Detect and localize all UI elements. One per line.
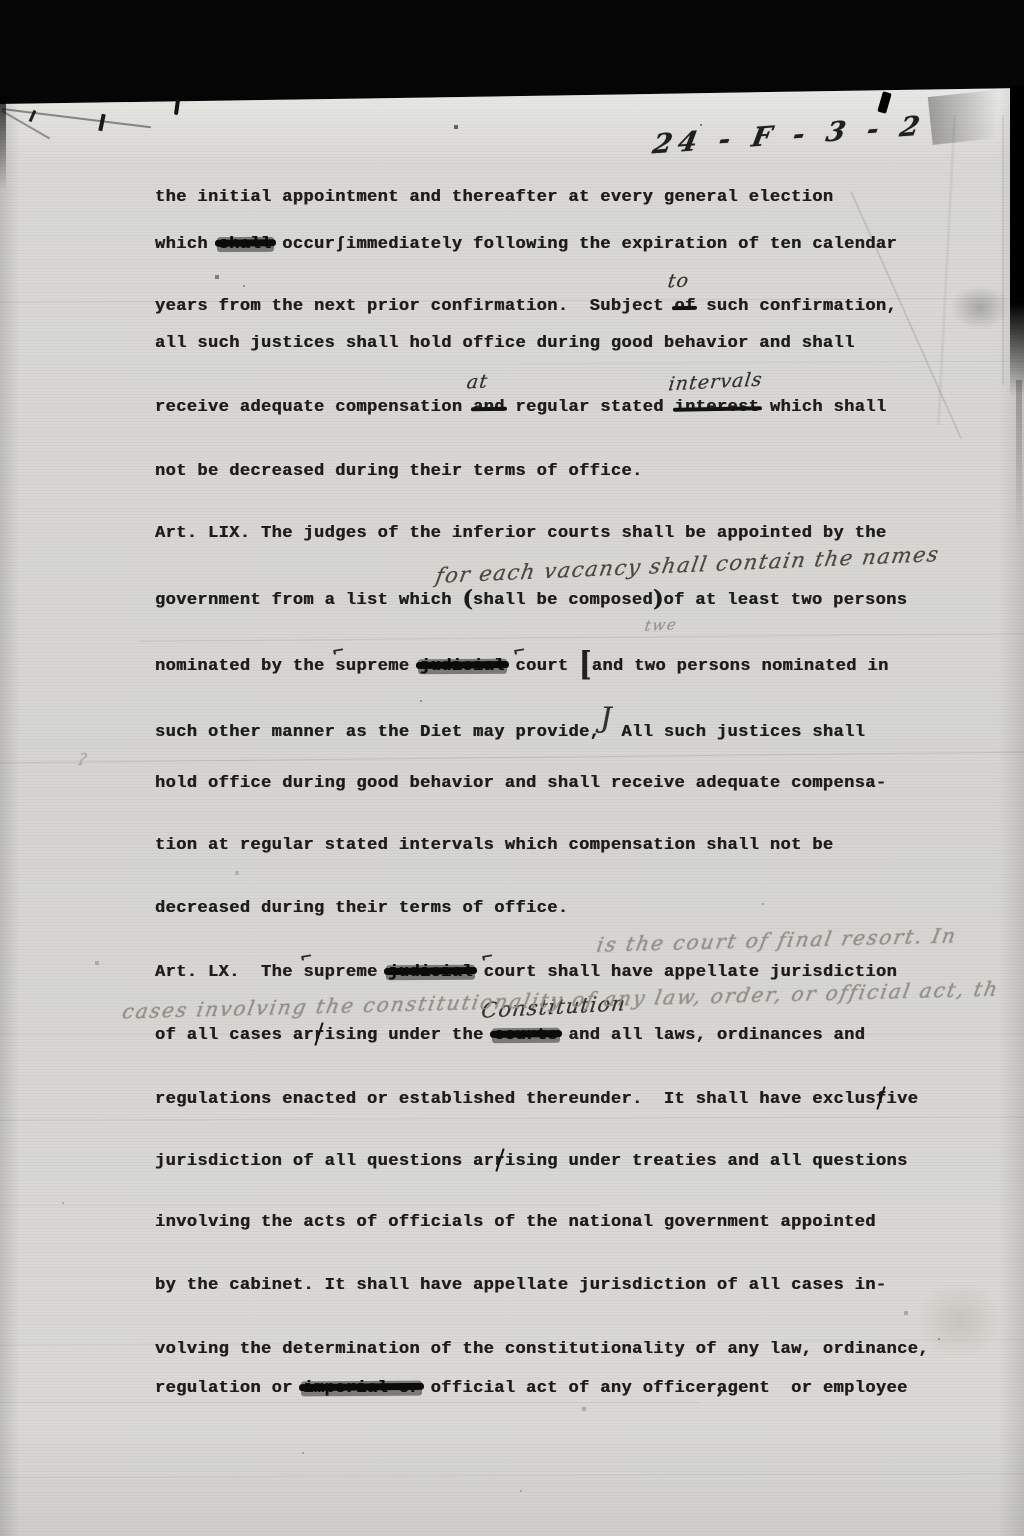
handwritten-paren: )	[653, 586, 663, 612]
typed-text: ising under the	[325, 1026, 495, 1045]
typed-text: court	[516, 657, 580, 676]
struck-out-word: judicial	[420, 657, 505, 676]
typed-text: such other manner as the Diet may provid…	[155, 723, 600, 742]
slashed-letter: f	[876, 1090, 887, 1109]
typed-line: the initial appointment and thereafter a…	[155, 188, 834, 208]
typed-text: volving the determination of the constit…	[155, 1340, 929, 1359]
typed-text: of all cases ar	[155, 1026, 314, 1045]
typed-text: such confirmation,	[696, 297, 897, 316]
slashed-letter: r	[494, 1152, 505, 1171]
typed-line: decreased during their terms of office.	[155, 899, 568, 919]
scan-border-right-fade	[1016, 380, 1022, 540]
typed-line: nominated by the ⌐supreme judicial ⌐cour…	[155, 650, 889, 680]
typed-text: not be decreased during their terms of o…	[155, 462, 643, 481]
typed-text: by the cabinet. It shall have appellate …	[155, 1276, 887, 1295]
struck-out-word: andat	[473, 398, 505, 417]
struck-out-word: interestintervals	[675, 398, 760, 417]
typed-text: supreme	[335, 657, 420, 676]
typed-text: jurisdiction of all questions ar	[155, 1152, 494, 1171]
typed-line: tion at regular stated intervals which c…	[155, 836, 834, 856]
typed-text: official act of any officer	[420, 1379, 717, 1398]
struck-out-word: judicial	[388, 963, 473, 982]
typed-line: jurisdiction of all questions arrising u…	[155, 1152, 908, 1172]
typed-text: government from a list which	[155, 591, 462, 610]
struck-out-word: ofto	[674, 297, 695, 316]
typed-text: supreme	[303, 963, 388, 982]
handwritten-paren: (	[462, 586, 472, 612]
typed-text: decreased during their terms of office.	[155, 899, 568, 918]
typed-line: government from a list which (shall be c…	[155, 586, 907, 612]
scan-border-left	[0, 96, 6, 191]
typed-line: volving the determination of the constit…	[155, 1340, 929, 1360]
typed-text: agent or employee	[717, 1379, 908, 1398]
typed-text: Art. LX. The	[155, 963, 303, 982]
typed-line: regulations enacted or established there…	[155, 1090, 918, 1110]
typed-line: which shall occurʃimmediately following …	[155, 235, 897, 255]
typed-line: not be decreased during their terms of o…	[155, 462, 643, 482]
typed-text: involving the acts of officials of the n…	[155, 1213, 876, 1232]
typed-text: all such justices shall hold office duri…	[155, 334, 855, 353]
typed-text: regular stated	[505, 398, 675, 417]
scan-streak	[0, 1205, 600, 1206]
typed-line: years from the next prior confirmation. …	[155, 297, 897, 317]
typed-text: regulations enacted or established there…	[155, 1090, 876, 1109]
scan-streak	[0, 1402, 700, 1403]
typed-text: shall be composed	[473, 591, 653, 610]
typed-text: regulation or	[155, 1379, 303, 1398]
typed-text: the initial appointment and thereafter a…	[155, 188, 834, 207]
typed-text: receive adequate compensation	[155, 398, 473, 417]
paper-crease	[1002, 115, 1004, 385]
typed-line: regulation or imperial or official act o…	[155, 1376, 908, 1399]
scanned-document-page: the initial appointment and thereafter a…	[0, 0, 1024, 1536]
typed-text: occurʃimmediately following the expirati…	[272, 235, 898, 254]
scan-shadow-wedge	[928, 87, 1024, 145]
typed-text: and two persons nominated in	[592, 657, 889, 676]
handwritten-bracket: [	[579, 646, 592, 684]
typed-line: Art. LIX. The judges of the inferior cou…	[155, 524, 887, 544]
typed-text: years from the next prior confirmation. …	[155, 297, 674, 316]
typed-line: by the cabinet. It shall have appellate …	[155, 1276, 887, 1296]
handwritten-scribble: twe	[643, 615, 679, 634]
smudge-blob	[950, 285, 1010, 330]
typed-line: involving the acts of officials of the n…	[155, 1213, 876, 1233]
typed-text: tion at regular stated intervals which c…	[155, 836, 834, 855]
typed-line: Art. LX. The ⌐supreme judicial ⌐court sh…	[155, 962, 897, 983]
typed-line: hold office during good behavior and sha…	[155, 774, 887, 794]
typed-line: receive adequate compensation andat regu…	[155, 398, 887, 418]
typed-text: nominated by the	[155, 657, 335, 676]
typed-text: ive	[887, 1090, 919, 1109]
typed-text: of at least two persons	[664, 591, 908, 610]
typed-line: all such justices shall hold office duri…	[155, 334, 855, 354]
handwritten-correction: at	[466, 370, 490, 393]
typed-line: of all cases arrising under the courtsCo…	[155, 1026, 865, 1046]
struck-out-word: courtsConstitution	[494, 1026, 558, 1045]
slashed-letter: r	[314, 1026, 325, 1045]
typed-text: court shall have appellate jurisdiction	[484, 963, 897, 982]
handwritten-correction: to	[667, 269, 691, 292]
typed-text: and all laws, ordinances and	[558, 1026, 865, 1045]
paper-specks	[0, 0, 2, 2]
struck-out-word: shall	[219, 235, 272, 254]
typed-text: ising under treaties and all questions	[505, 1152, 908, 1171]
typed-line: such other manner as the Diet may provid…	[155, 710, 865, 743]
typed-text: hold office during good behavior and sha…	[155, 774, 887, 793]
typed-text: All such justices shall	[600, 723, 865, 742]
typed-text: which shall	[759, 398, 886, 417]
typed-text: Art. LIX. The judges of the inferior cou…	[155, 524, 887, 543]
struck-out-word: imperial or	[303, 1379, 420, 1398]
typed-text: which	[155, 235, 219, 254]
